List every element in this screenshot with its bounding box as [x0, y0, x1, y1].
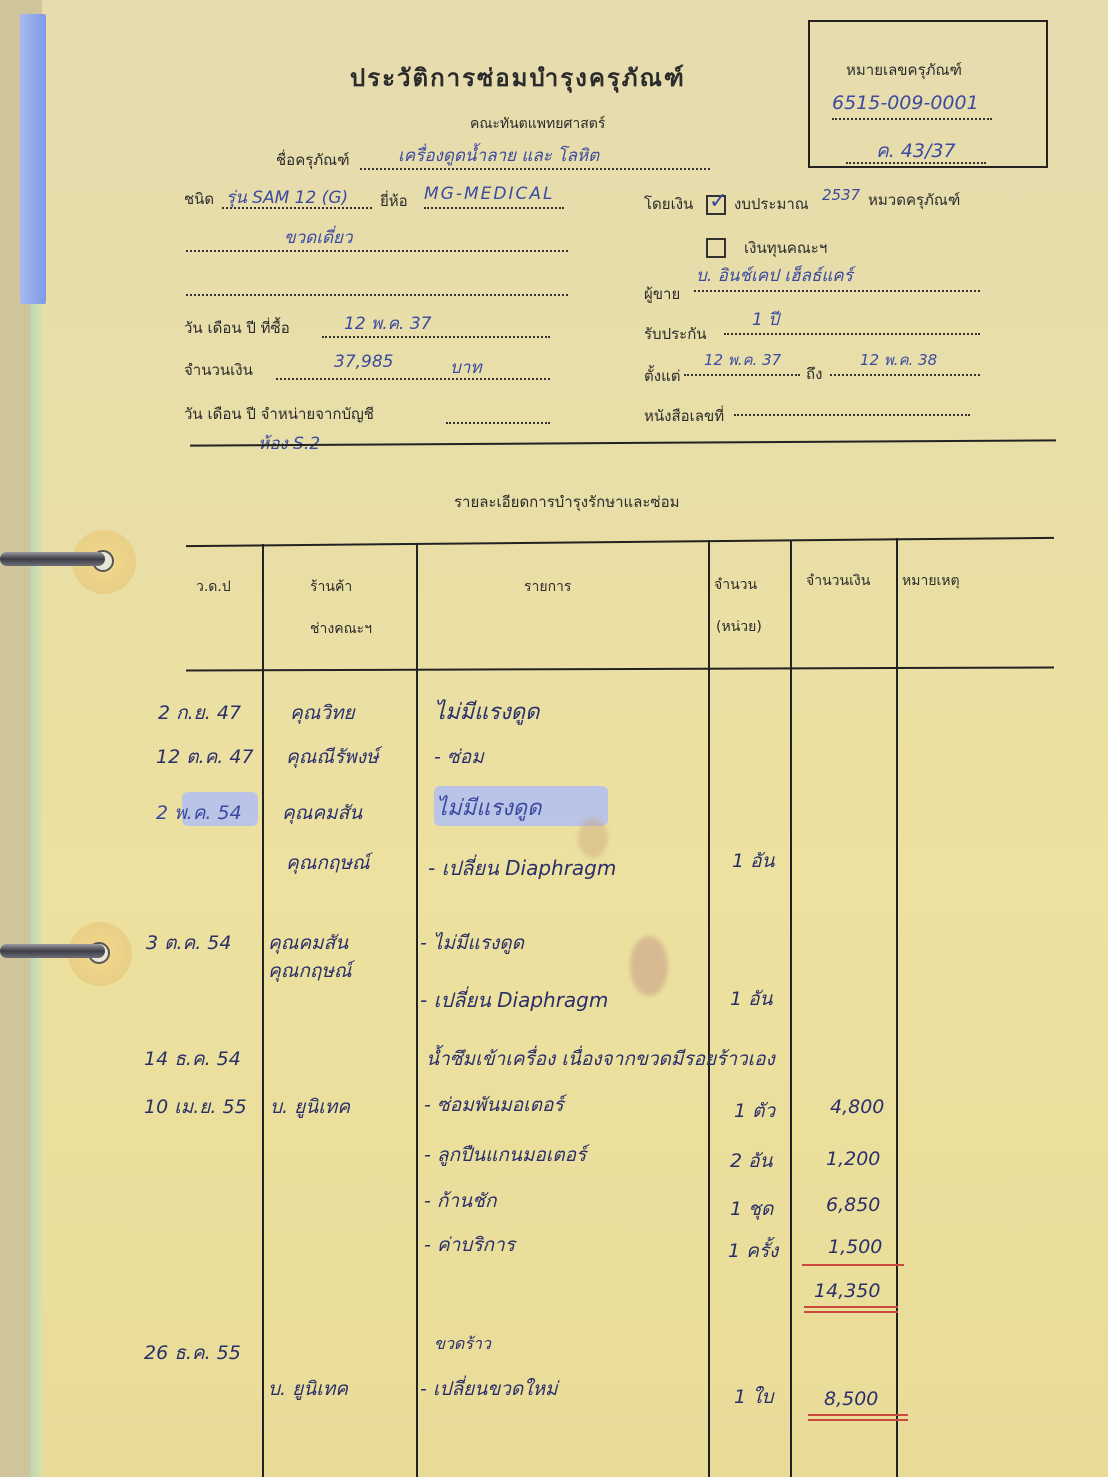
equipment-id-number: 6515-009-0001: [832, 92, 979, 114]
purchase-date-label: วัน เดือน ปี ที่ซื้อ: [184, 316, 290, 340]
header-technician: ช่างคณะฯ: [310, 618, 372, 640]
row-item: - ลูกปืนแกนมอเตอร์: [424, 1140, 586, 1170]
dotted-line: [684, 374, 800, 376]
extra-line-1-value: ขวดเดี่ยว: [284, 224, 353, 251]
row-amount: 1,500: [828, 1236, 882, 1258]
dotted-line: [832, 118, 992, 120]
row-date: 3 ต.ค. 54: [146, 928, 231, 958]
equipment-id-box: หมายเลขครุภัณฑ์ 6515-009-0001 ค. 43/37: [808, 20, 1048, 168]
dotted-line: [276, 378, 550, 380]
column-divider: [896, 538, 898, 1477]
dotted-line: [724, 333, 980, 335]
header-note: หมายเหตุ: [902, 570, 960, 592]
row-item: - ก้านชัก: [424, 1186, 496, 1216]
paper-sheet: [42, 0, 1108, 1477]
dotted-line: [186, 250, 568, 252]
row-date: 2 ก.ย. 47: [158, 698, 241, 728]
stain: [630, 936, 668, 996]
row-qty: 1 อัน: [730, 984, 773, 1014]
row-date: 2 พ.ค. 54: [156, 798, 242, 828]
category-label: หมวดครุภัณฑ์: [868, 188, 960, 212]
dotted-line: [734, 414, 970, 416]
budget-year: 2537: [822, 186, 860, 204]
warranty-from-value: 12 พ.ค. 37: [704, 348, 781, 372]
row-qty: 2 อัน: [730, 1146, 773, 1176]
faculty-fund-label: เงินทุนคณะฯ: [744, 236, 827, 260]
header-quantity: จำนวน: [714, 574, 757, 596]
type-label: ชนิด: [184, 187, 214, 211]
dotted-line: [186, 294, 568, 296]
equipment-name-value: เครื่องดูดน้ำลาย และ โลหิต: [398, 142, 599, 169]
equipment-name-label: ชื่อครุภัณฑ์: [276, 148, 350, 172]
row-item: - เปลี่ยน Diaphragm: [428, 852, 616, 884]
row-item: ไม่มีแรงดูด: [436, 790, 541, 825]
row-qty: 1 อัน: [732, 846, 775, 876]
subtotal-underline: [802, 1264, 904, 1266]
brand-label: ยี่ห้อ: [380, 189, 408, 213]
row-shop: คุณคมสัน: [268, 928, 348, 958]
row-item: - ไม่มีแรงดูด: [420, 928, 524, 958]
row-item: น้ำซึมเข้าเครื่อง เนื่องจากขวดมีรอยร้าวเ…: [426, 1044, 775, 1074]
row-item: - ซ่อม: [434, 742, 484, 772]
row-shop: คุณกฤษณ์: [268, 956, 352, 986]
binder-ring-top: [0, 552, 105, 566]
row-item: - ค่าบริการ: [424, 1230, 515, 1260]
row-item: - ซ่อมพันมอเตอร์: [424, 1090, 564, 1120]
header-shop: ร้านค้า: [310, 576, 352, 598]
seller-label: ผู้ขาย: [644, 282, 680, 306]
faculty-name: คณะทันตแพทยศาสตร์: [470, 113, 605, 135]
amount-value: 37,985: [334, 352, 393, 372]
header-date: ว.ด.ป: [196, 576, 231, 598]
dotted-line: [446, 422, 550, 424]
dotted-line: [830, 374, 980, 376]
row-qty: 1 ใบ: [734, 1382, 773, 1412]
purchase-date-value: 12 พ.ค. 37: [344, 310, 431, 337]
funding-prefix-label: โดยเงิน: [644, 192, 693, 216]
amount-unit: บาท: [450, 354, 482, 381]
row-item: - เปลี่ยนขวดใหม่: [420, 1374, 558, 1404]
total-underline: [808, 1414, 908, 1416]
row-item: ขวดร้าว: [434, 1332, 491, 1357]
total-underline: [804, 1306, 898, 1308]
letter-no-label: หนังสือเลขที่: [644, 404, 724, 428]
row-shop: บ. ยูนิเทค: [268, 1374, 348, 1404]
column-divider: [416, 544, 418, 1477]
header-unit: (หน่วย): [716, 616, 762, 638]
header-items: รายการ: [524, 576, 571, 598]
row-date: 10 เม.ย. 55: [144, 1092, 247, 1122]
row-date: 26 ธ.ค. 55: [144, 1338, 241, 1368]
column-divider: [708, 540, 710, 1477]
row-total-amount: 14,350: [814, 1280, 880, 1302]
budget-checkbox[interactable]: ✓: [706, 195, 726, 215]
row-item: - เปลี่ยน Diaphragm: [420, 984, 608, 1016]
row-shop: บ. ยูนิเทค: [270, 1092, 350, 1122]
dotted-line: [846, 162, 986, 164]
brand-value: MG-MEDICAL: [424, 184, 554, 204]
warranty-label: รับประกัน: [644, 322, 707, 346]
row-amount: 4,800: [830, 1096, 884, 1118]
row-qty: 1 ตัว: [734, 1096, 775, 1126]
column-divider: [262, 544, 264, 1477]
row-amount: 8,500: [824, 1388, 878, 1410]
row-amount: 1,200: [826, 1148, 880, 1170]
index-tab: [20, 14, 46, 304]
dotted-line: [694, 290, 980, 292]
warranty-from-label: ตั้งแต่: [644, 364, 680, 388]
binder-ring-bottom: [0, 944, 105, 958]
check-icon: ✓: [709, 189, 727, 214]
type-value: รุ่น SAM 12 (G): [226, 184, 348, 211]
warranty-to-label: ถึง: [806, 362, 822, 386]
warranty-value: 1 ปี: [752, 306, 779, 333]
disposal-date-label: วัน เดือน ปี จำหน่ายจากบัญชี: [184, 402, 374, 426]
total-underline: [804, 1311, 898, 1313]
faculty-fund-checkbox[interactable]: [706, 238, 726, 258]
row-qty: 1 ครั้ง: [728, 1236, 778, 1266]
warranty-to-value: 12 พ.ค. 38: [860, 348, 937, 372]
row-date: 12 ต.ค. 47: [156, 742, 254, 772]
header-money: จำนวนเงิน: [806, 570, 870, 592]
row-shop: คุณวิทย: [290, 698, 355, 728]
table-caption: รายละเอียดการบำรุงรักษาและซ่อม: [454, 490, 680, 514]
dotted-line: [424, 207, 564, 209]
row-shop: คุณกฤษณ์: [286, 848, 370, 878]
column-divider: [790, 540, 792, 1477]
amount-label: จำนวนเงิน: [184, 358, 253, 382]
row-shop: คุณคมสัน: [282, 798, 362, 828]
row-amount: 6,850: [826, 1194, 880, 1216]
row-date: 14 ธ.ค. 54: [144, 1044, 241, 1074]
page-title: ประวัติการซ่อมบำรุงครุภัณฑ์: [350, 58, 686, 97]
total-underline: [808, 1419, 908, 1421]
row-item: ไม่มีแรงดูด: [434, 694, 539, 729]
row-shop: คุณณีรัพงษ์: [286, 742, 379, 772]
budget-label: งบประมาณ: [734, 192, 809, 216]
equipment-id-label: หมายเลขครุภัณฑ์: [846, 58, 962, 82]
row-qty: 1 ชุด: [730, 1194, 773, 1224]
seller-value: บ. อินช์เคป เฮ็ลธ์แคร์: [696, 262, 853, 289]
